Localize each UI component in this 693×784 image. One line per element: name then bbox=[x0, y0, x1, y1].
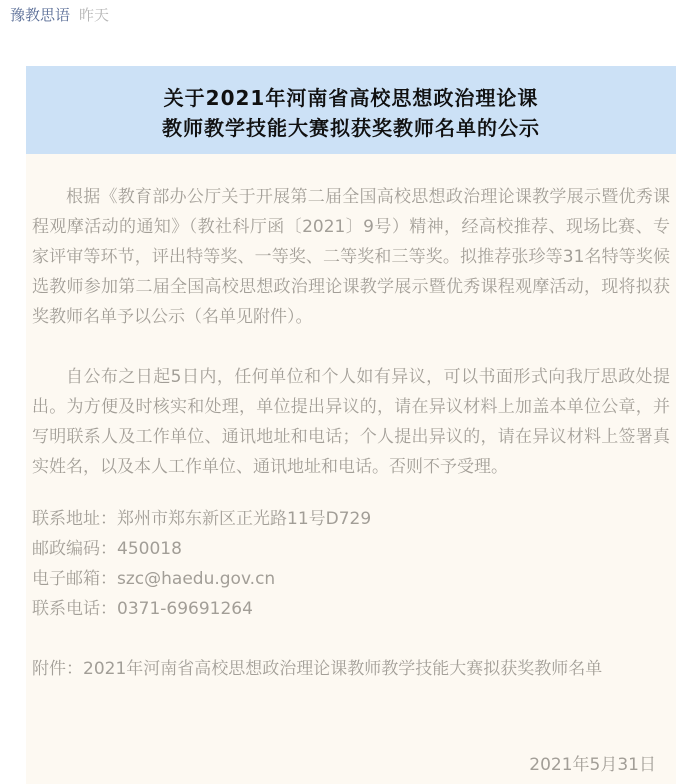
contact-info-block: 联系地址：郑州市郑东新区正光路11号D729 邮政编码：450018 电子邮箱：… bbox=[32, 504, 670, 624]
paragraph-objection-instructions: 自公布之日起5日内，任何单位和个人如有异议，可以书面形式向我厅思政处提出。为方便… bbox=[32, 362, 670, 482]
attachment-reference: 附件：2021年河南省高校思想政治理论课教师教学技能大赛拟获奖教师名单 bbox=[32, 654, 670, 684]
article-meta: 豫教思语昨天 bbox=[10, 4, 109, 26]
contact-address-line: 联系地址：郑州市郑东新区正光路11号D729 bbox=[32, 504, 670, 534]
article-title-line-1: 关于2021年河南省高校思想政治理论课 bbox=[46, 83, 656, 113]
publication-date: 2021年5月31日 bbox=[32, 750, 670, 780]
article-text: 根据《教育部办公厅关于开展第二届全国高校思想政治理论课教学展示暨优秀课程观摩活动… bbox=[26, 182, 676, 780]
contact-phone-line: 联系电话：0371-69691264 bbox=[32, 594, 670, 624]
title-banner: 关于2021年河南省高校思想政治理论课 教师教学技能大赛拟获奖教师名单的公示 bbox=[26, 66, 676, 154]
paragraph-notice-basis: 根据《教育部办公厅关于开展第二届全国高校思想政治理论课教学展示暨优秀课程观摩活动… bbox=[32, 182, 670, 332]
article-title-line-2: 教师教学技能大赛拟获奖教师名单的公示 bbox=[46, 113, 656, 143]
article-page: 豫教思语昨天 关于2021年河南省高校思想政治理论课 教师教学技能大赛拟获奖教师… bbox=[0, 0, 693, 784]
contact-email-line: 电子邮箱：szc@haedu.gov.cn bbox=[32, 564, 670, 594]
account-name-link[interactable]: 豫教思语 bbox=[10, 6, 70, 24]
contact-postcode-line: 邮政编码：450018 bbox=[32, 534, 670, 564]
publish-time: 昨天 bbox=[79, 6, 109, 24]
article-body-container: 关于2021年河南省高校思想政治理论课 教师教学技能大赛拟获奖教师名单的公示 根… bbox=[26, 66, 676, 784]
